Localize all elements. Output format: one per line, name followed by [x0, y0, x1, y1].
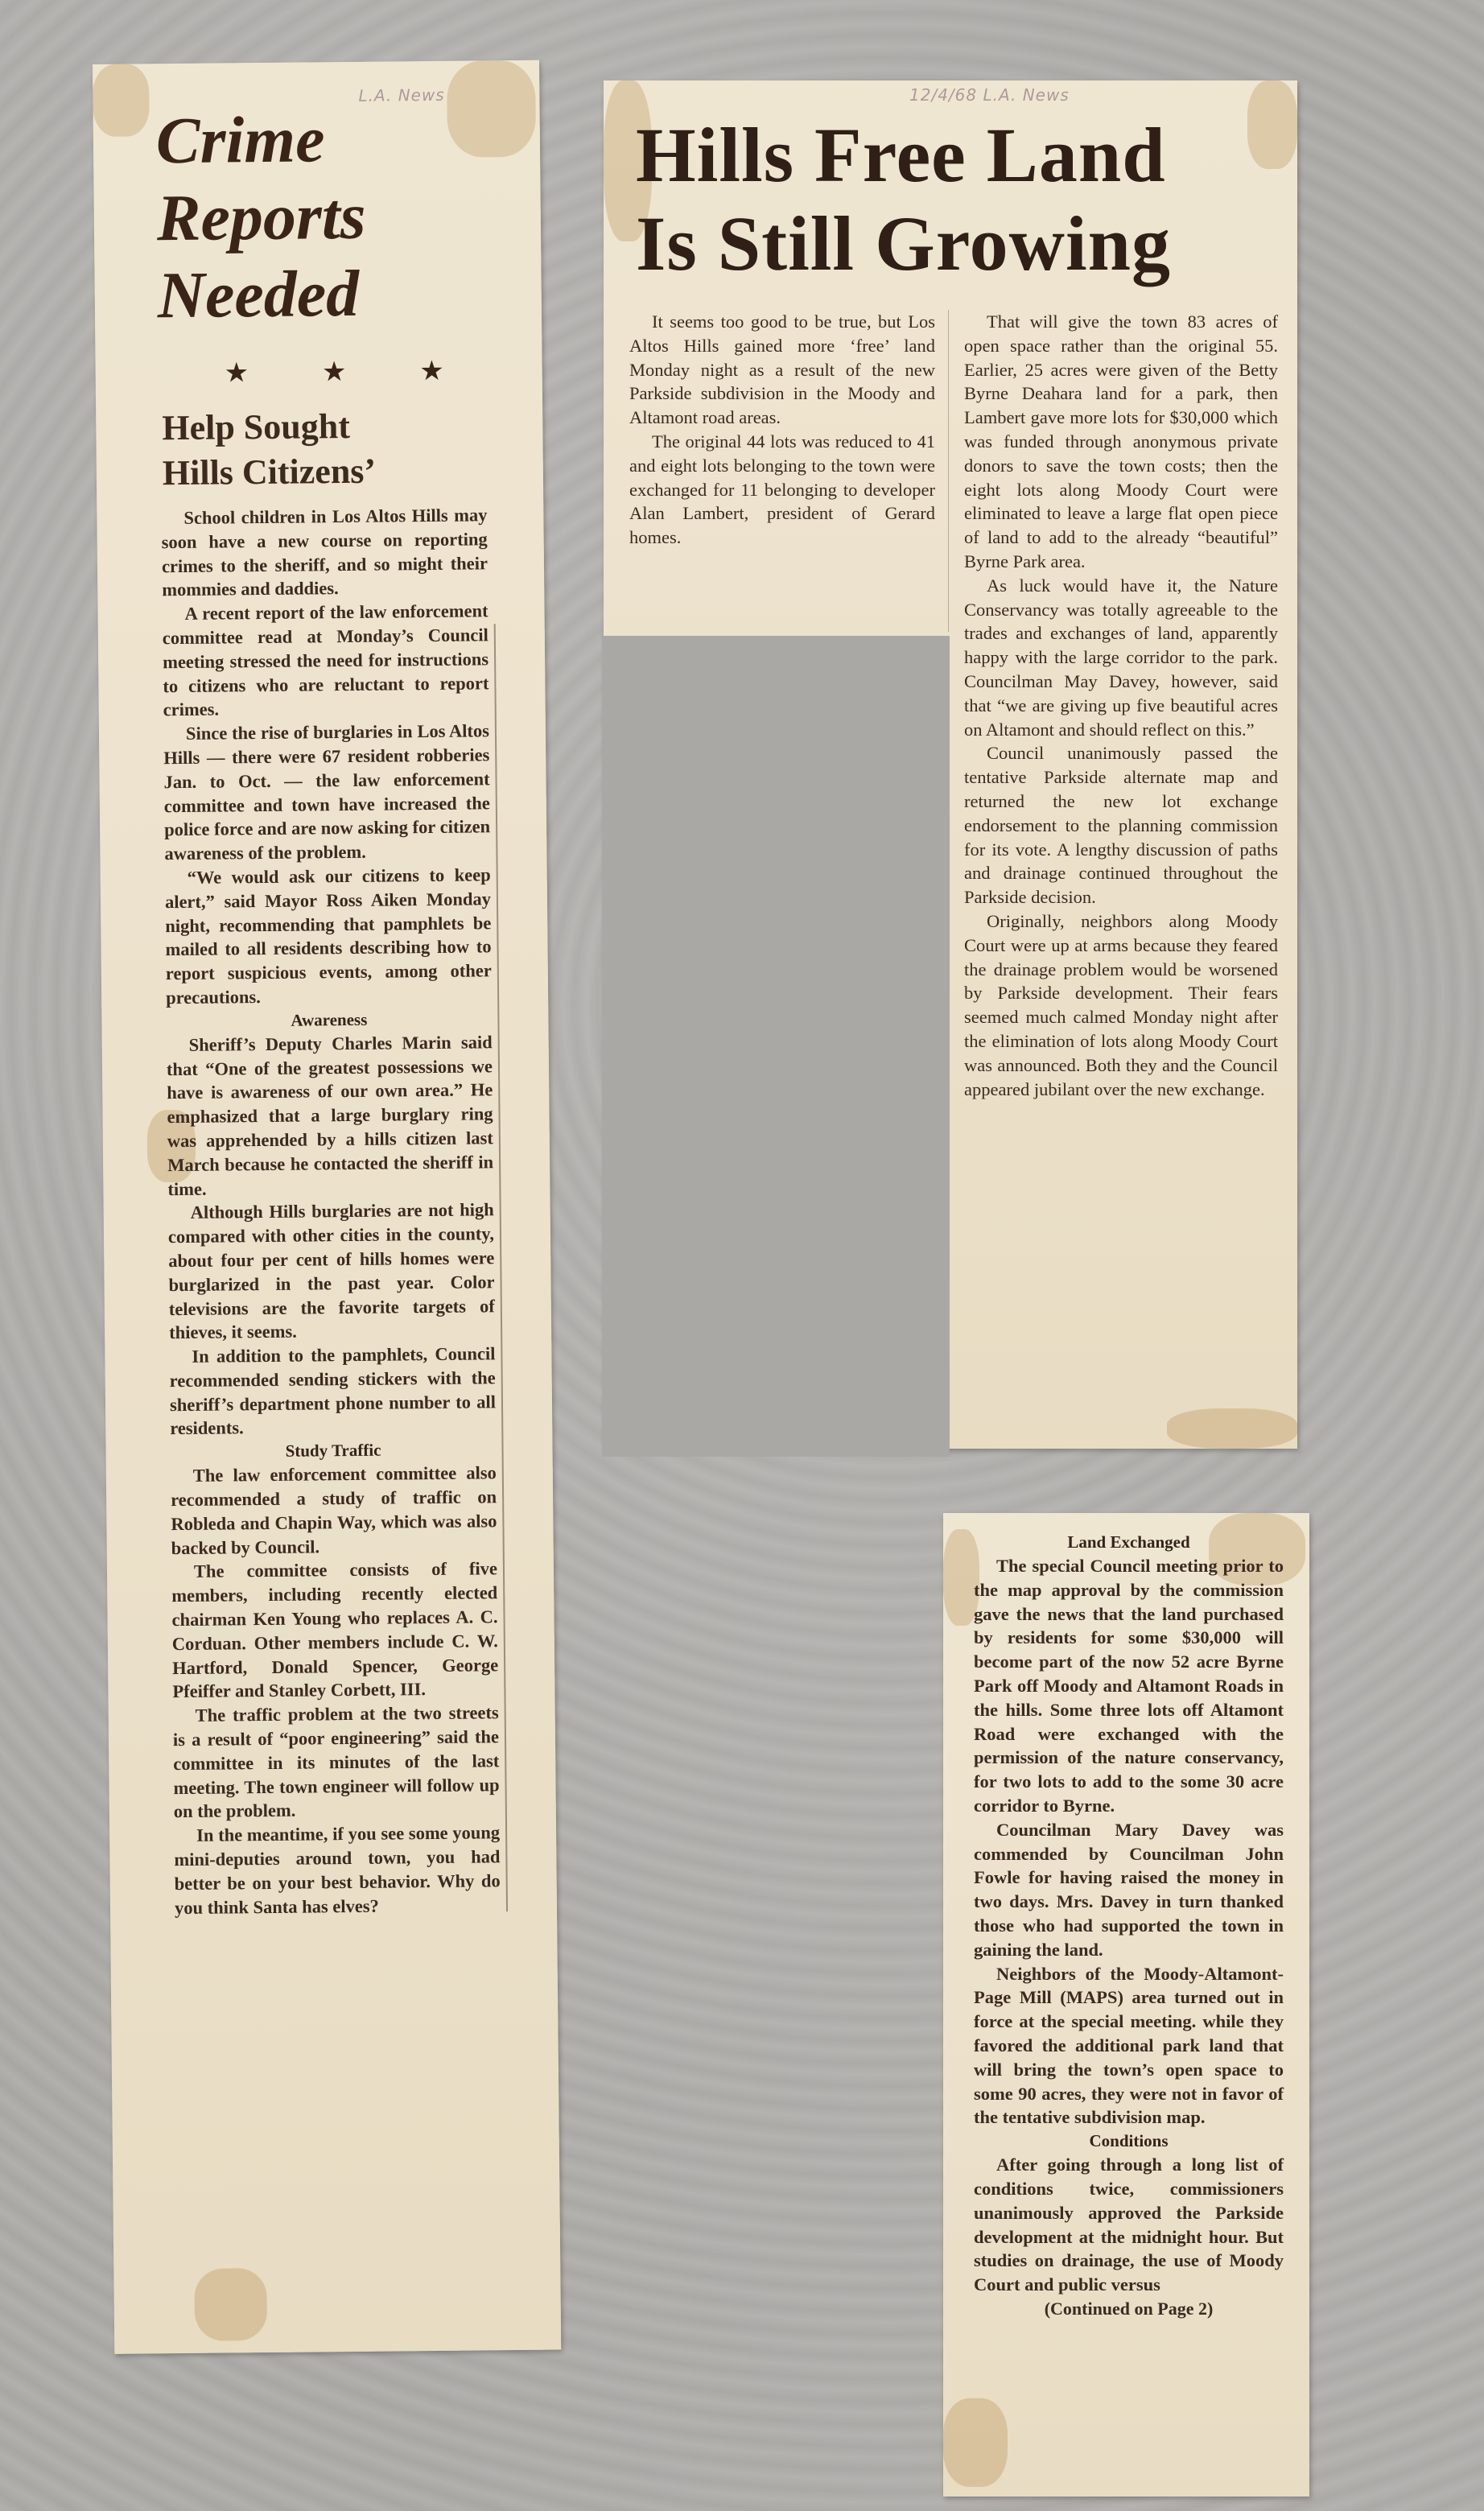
paragraph: The law enforcement committee also recom…	[171, 1462, 497, 1561]
paragraph: Originally, neighbors along Moody Court …	[964, 909, 1278, 1101]
headline-line: Is Still Growing	[636, 200, 1280, 288]
headline: Crime Reports Needed	[155, 99, 512, 334]
paragraph: Sheriff’s Deputy Charles Marin said that…	[167, 1030, 494, 1201]
paragraph: The original 44 lots was reduced to 41 a…	[629, 430, 935, 550]
subheadline-line: Help Sought	[162, 402, 484, 451]
subheadline-line: Hills Citizens’	[163, 447, 485, 496]
headline-line: Hills Free Land	[636, 111, 1280, 200]
paragraph: Since the rise of burglaries in Los Alto…	[163, 719, 491, 866]
paragraph: That will give the town 83 acres of open…	[964, 310, 1278, 574]
paragraph: The special Council meeting prior to the…	[974, 1554, 1284, 1818]
stain	[194, 2268, 267, 2341]
continued-note: (Continued on Page 2)	[974, 2297, 1284, 2320]
section-heading: Awareness	[166, 1007, 492, 1033]
paragraph: In the meantime, if you see some young m…	[174, 1820, 501, 1919]
star-divider-icon: ★ ★ ★	[224, 354, 476, 389]
paragraph: Neighbors of the Moody-Altamont-Page Mil…	[974, 1962, 1284, 2130]
paragraph: It seems too good to be true, but Los Al…	[629, 310, 935, 430]
paragraph: Council unanimously passed the tentative…	[964, 741, 1278, 909]
article-body: School children in Los Altos Hills may s…	[161, 503, 501, 1919]
handwritten-note: 12/4/68 L.A. News	[909, 85, 1070, 105]
section-heading: Conditions	[974, 2130, 1284, 2153]
paragraph: As luck would have it, the Nature Conser…	[964, 574, 1278, 742]
section-heading: Land Exchanged	[974, 1531, 1284, 1554]
article-column-2: That will give the town 83 acres of open…	[964, 310, 1278, 1101]
article-column-1: It seems too good to be true, but Los Al…	[629, 310, 935, 550]
article-body: Land Exchanged The special Council meeti…	[974, 1531, 1284, 2320]
paragraph: The committee consists of five members, …	[171, 1557, 499, 1705]
section-heading: Study Traffic	[170, 1438, 496, 1465]
clipping-land-exchanged: Land Exchanged The special Council meeti…	[943, 1513, 1309, 2497]
subheadline: Help Sought Hills Citizens’	[162, 402, 484, 496]
stain	[1167, 1408, 1297, 1449]
paragraph: In addition to the pamphlets, Council re…	[169, 1342, 496, 1441]
stain	[943, 2398, 1008, 2487]
paragraph: Councilman Mary Davey was commended by C…	[974, 1818, 1284, 1962]
paragraph: A recent report of the law enforcement c…	[162, 600, 488, 723]
paragraph: The traffic problem at the two streets i…	[173, 1701, 500, 1824]
column-rule	[948, 310, 949, 632]
background-gap	[602, 636, 950, 1457]
headline: Hills Free Land Is Still Growing	[636, 111, 1280, 288]
clipping-crime-reports: L.A. News Crime Reports Needed ★ ★ ★ Hel…	[93, 60, 561, 2354]
paragraph: “We would ask our citizens to keep alert…	[165, 863, 493, 1010]
headline-line: Reports	[156, 176, 511, 257]
headline-line: Crime	[155, 99, 510, 179]
stain	[93, 64, 150, 137]
headline-line: Needed	[157, 254, 512, 334]
paragraph: Although Hills burglaries are not high c…	[168, 1198, 496, 1346]
paragraph: After going through a long list of condi…	[974, 2153, 1284, 2297]
paragraph: School children in Los Altos Hills may s…	[161, 503, 488, 602]
